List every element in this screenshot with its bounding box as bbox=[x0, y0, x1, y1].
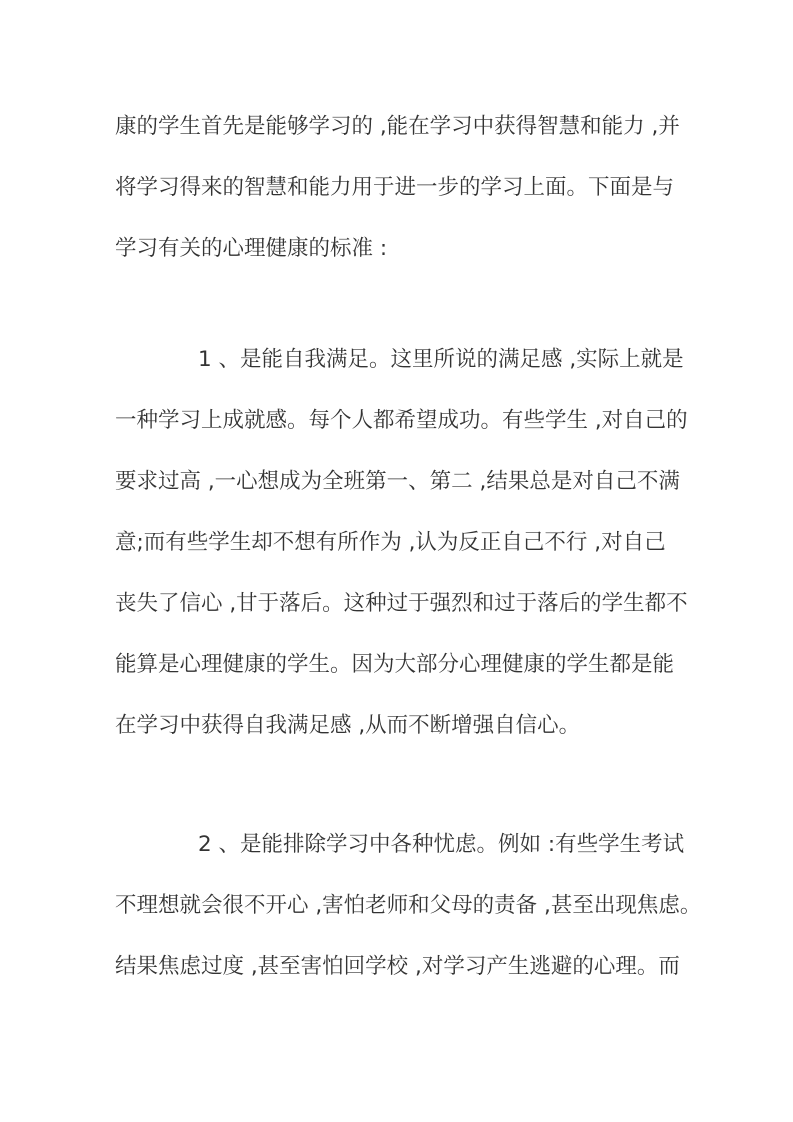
text-line: 在学习中获得自我满足感 ,从而不断增强自信心。 bbox=[115, 695, 681, 756]
text-line: 康的学生首先是能够学习的 ,能在学习中获得智慧和能力 ,并 bbox=[115, 96, 681, 157]
text-line: 意;而有些学生却不想有所作为 ,认为反正自己不行 ,对自己 bbox=[115, 512, 681, 573]
text-line: 学习有关的心理健康的标准 : bbox=[115, 218, 681, 279]
text-line: 能算是心理健康的学生。因为大部分心理健康的学生都是能 bbox=[115, 634, 681, 695]
text-line: 丧失了信心 ,甘于落后。这种过于强烈和过于落后的学生都不 bbox=[115, 573, 681, 634]
paragraph-item-1: 1 、是能自我满足。这里所说的满足感 ,实际上就是 一种学习上成就感。每个人都希… bbox=[115, 329, 681, 756]
document-page: 康的学生首先是能够学习的 ,能在学习中获得智慧和能力 ,并 将学习得来的智慧和能… bbox=[0, 0, 793, 1122]
text-line: 2 、是能排除学习中各种忧虑。例如 :有些学生考试 bbox=[115, 814, 681, 875]
paragraph-intro: 康的学生首先是能够学习的 ,能在学习中获得智慧和能力 ,并 将学习得来的智慧和能… bbox=[115, 96, 681, 279]
text-line: 不理想就会很不开心 ,害怕老师和父母的责备 ,甚至出现焦虑。 bbox=[115, 875, 681, 936]
text-line: 将学习得来的智慧和能力用于进一步的学习上面。下面是与 bbox=[115, 157, 681, 218]
text-line: 要求过高 ,一心想成为全班第一、第二 ,结果总是对自己不满 bbox=[115, 451, 681, 512]
text-line: 一种学习上成就感。每个人都希望成功。有些学生 ,对自己的 bbox=[115, 390, 681, 451]
text-line: 1 、是能自我满足。这里所说的满足感 ,实际上就是 bbox=[115, 329, 681, 390]
paragraph-item-2: 2 、是能排除学习中各种忧虑。例如 :有些学生考试 不理想就会很不开心 ,害怕老… bbox=[115, 814, 681, 997]
text-line: 结果焦虑过度 ,甚至害怕回学校 ,对学习产生逃避的心理。而 bbox=[115, 936, 681, 997]
